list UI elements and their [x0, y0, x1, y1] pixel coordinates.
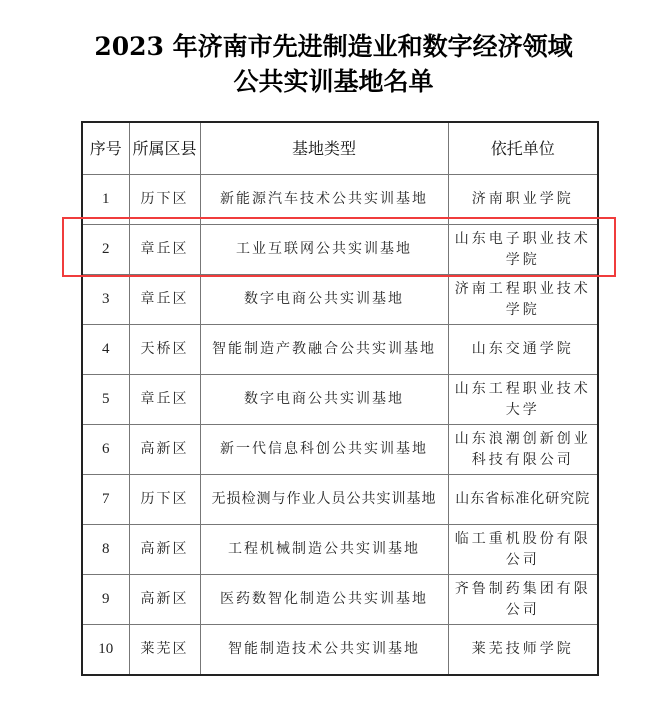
- table-row: 1 历下区 新能源汽车技术公共实训基地 济南职业学院: [82, 175, 598, 225]
- header-no: 序号: [82, 122, 129, 175]
- document-title-line1: 2023 年济南市先进制造业和数字经济领域: [0, 30, 667, 64]
- table-row: 4 天桥区 智能制造产教融合公共实训基地 山东交通学院: [82, 325, 598, 375]
- header-unit: 依托单位: [448, 122, 598, 175]
- cell-district: 历下区: [129, 475, 200, 525]
- cell-type: 工程机械制造公共实训基地: [200, 525, 448, 575]
- cell-district: 历下区: [129, 175, 200, 225]
- cell-no: 1: [82, 175, 129, 225]
- table-row: 10 莱芜区 智能制造技术公共实训基地 莱芜技师学院: [82, 625, 598, 676]
- cell-unit: 临工重机股份有限公司: [448, 525, 598, 575]
- cell-no: 7: [82, 475, 129, 525]
- cell-unit: 山东交通学院: [448, 325, 598, 375]
- table-row: 7 历下区 无损检测与作业人员公共实训基地 山东省标准化研究院: [82, 475, 598, 525]
- table-row: 8 高新区 工程机械制造公共实训基地 临工重机股份有限公司: [82, 525, 598, 575]
- cell-district: 高新区: [129, 575, 200, 625]
- cell-type: 新一代信息科创公共实训基地: [200, 425, 448, 475]
- table-row: 6 高新区 新一代信息科创公共实训基地 山东浪潮创新创业科技有限公司: [82, 425, 598, 475]
- cell-unit: 山东电子职业技术学院: [448, 225, 598, 275]
- cell-unit: 济南工程职业技术学院: [448, 275, 598, 325]
- table-row: 3 章丘区 数字电商公共实训基地 济南工程职业技术学院: [82, 275, 598, 325]
- cell-type: 无损检测与作业人员公共实训基地: [200, 475, 448, 525]
- header-district: 所属区县: [129, 122, 200, 175]
- cell-unit: 济南职业学院: [448, 175, 598, 225]
- cell-district: 高新区: [129, 425, 200, 475]
- cell-type: 医药数智化制造公共实训基地: [200, 575, 448, 625]
- table-row: 5 章丘区 数字电商公共实训基地 山东工程职业技术大学: [82, 375, 598, 425]
- cell-district: 章丘区: [129, 225, 200, 275]
- cell-type: 工业互联网公共实训基地: [200, 225, 448, 275]
- training-base-table: 序号 所属区县 基地类型 依托单位 1 历下区 新能源汽车技术公共实训基地 济南…: [81, 121, 599, 676]
- header-type: 基地类型: [200, 122, 448, 175]
- cell-no: 5: [82, 375, 129, 425]
- cell-no: 2: [82, 225, 129, 275]
- cell-unit: 莱芜技师学院: [448, 625, 598, 676]
- cell-unit: 山东浪潮创新创业科技有限公司: [448, 425, 598, 475]
- table-row: 9 高新区 医药数智化制造公共实训基地 齐鲁制药集团有限公司: [82, 575, 598, 625]
- cell-type: 智能制造技术公共实训基地: [200, 625, 448, 676]
- cell-no: 3: [82, 275, 129, 325]
- cell-type: 数字电商公共实训基地: [200, 275, 448, 325]
- cell-unit: 山东工程职业技术大学: [448, 375, 598, 425]
- cell-type: 智能制造产教融合公共实训基地: [200, 325, 448, 375]
- table-header-row: 序号 所属区县 基地类型 依托单位: [82, 122, 598, 175]
- table-row: 2 章丘区 工业互联网公共实训基地 山东电子职业技术学院: [82, 225, 598, 275]
- cell-type: 数字电商公共实训基地: [200, 375, 448, 425]
- cell-district: 高新区: [129, 525, 200, 575]
- cell-unit: 山东省标准化研究院: [448, 475, 598, 525]
- cell-no: 9: [82, 575, 129, 625]
- cell-no: 10: [82, 625, 129, 676]
- cell-unit: 齐鲁制药集团有限公司: [448, 575, 598, 625]
- document-title-line2: 公共实训基地名单: [0, 65, 667, 99]
- cell-district: 莱芜区: [129, 625, 200, 676]
- cell-no: 8: [82, 525, 129, 575]
- cell-district: 天桥区: [129, 325, 200, 375]
- cell-district: 章丘区: [129, 375, 200, 425]
- cell-no: 4: [82, 325, 129, 375]
- cell-district: 章丘区: [129, 275, 200, 325]
- cell-type: 新能源汽车技术公共实训基地: [200, 175, 448, 225]
- cell-no: 6: [82, 425, 129, 475]
